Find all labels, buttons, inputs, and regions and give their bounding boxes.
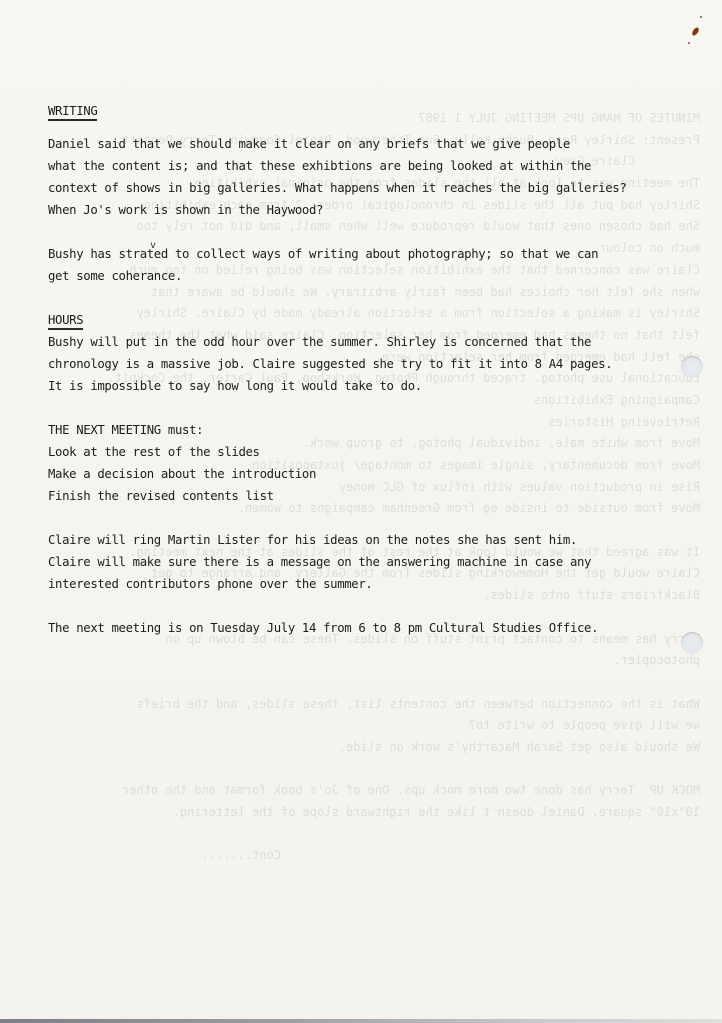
bleed-through-line <box>60 672 700 694</box>
bleed-through-line: What is the connection between the conte… <box>60 694 700 716</box>
section-writing-heading-line: WRITING <box>48 100 698 122</box>
hours-line: Bushy will put in the odd hour over the … <box>48 331 698 353</box>
next-meeting-item: Make a decision about the introduction <box>48 463 698 485</box>
document-body: WRITING Daniel said that we should make … <box>48 100 698 639</box>
heading-underline <box>48 119 97 121</box>
hours-line: chronology is a massive job. Claire sugg… <box>48 353 698 375</box>
next-meeting-intro: THE NEXT MEETING must: <box>48 419 698 441</box>
bleed-through-line <box>60 759 700 781</box>
scanned-page: MINUTES OF HANG UPS MEETING JULY 1 1987P… <box>0 0 722 1023</box>
section-heading-hours: HOURS <box>48 309 83 330</box>
writing-p2-text: Bushy has strated to collect ways of wri… <box>48 247 598 261</box>
action-line: Claire will make sure there is a message… <box>48 551 698 573</box>
heading-text: HOURS <box>48 313 83 327</box>
handwritten-correction-mark: v <box>150 235 156 257</box>
bleed-through-line: MOCK UP Terry has done two more mock ups… <box>60 780 700 802</box>
bleed-through-line: photocopier. <box>60 650 700 672</box>
action-line: Claire will ring Martin Lister for his i… <box>48 529 698 551</box>
writing-p1-line: context of shows in big galleries. What … <box>48 177 698 199</box>
ink-stain <box>691 26 700 36</box>
ink-speck <box>688 42 690 44</box>
section-heading-writing: WRITING <box>48 100 97 121</box>
writing-p2-line: get some coherance. <box>48 265 698 287</box>
ink-speck <box>700 16 702 18</box>
next-meeting-item: Finish the revised contents list <box>48 485 698 507</box>
section-hours-heading-line: HOURS <box>48 309 698 331</box>
bleed-through-line <box>60 824 700 846</box>
action-line: interested contributors phone over the s… <box>48 573 698 595</box>
bleed-through-line: Cont....... <box>60 845 700 867</box>
closing-line: The next meeting is on Tuesday July 14 f… <box>48 617 698 639</box>
heading-text: WRITING <box>48 104 97 118</box>
bleed-through-line: we will give people to write to? <box>60 715 700 737</box>
bleed-through-line: 10"x10" square. Daniel doesn't like the … <box>60 802 700 824</box>
hours-line: It is impossible to say how long it woul… <box>48 375 698 397</box>
writing-p2-line: Bushy has strated to collect ways of wri… <box>48 243 698 265</box>
heading-underline <box>48 328 83 330</box>
bleed-through-line: We should also get Sarah Macarthy's work… <box>60 737 700 759</box>
writing-p1-line: what the content is; and that these exhi… <box>48 155 698 177</box>
writing-p1-line: When Jo's work is shown in the Haywood? <box>48 199 698 221</box>
next-meeting-item: Look at the rest of the slides <box>48 441 698 463</box>
scan-bottom-edge <box>0 1019 722 1023</box>
writing-p1-line: Daniel said that we should make it clear… <box>48 133 698 155</box>
